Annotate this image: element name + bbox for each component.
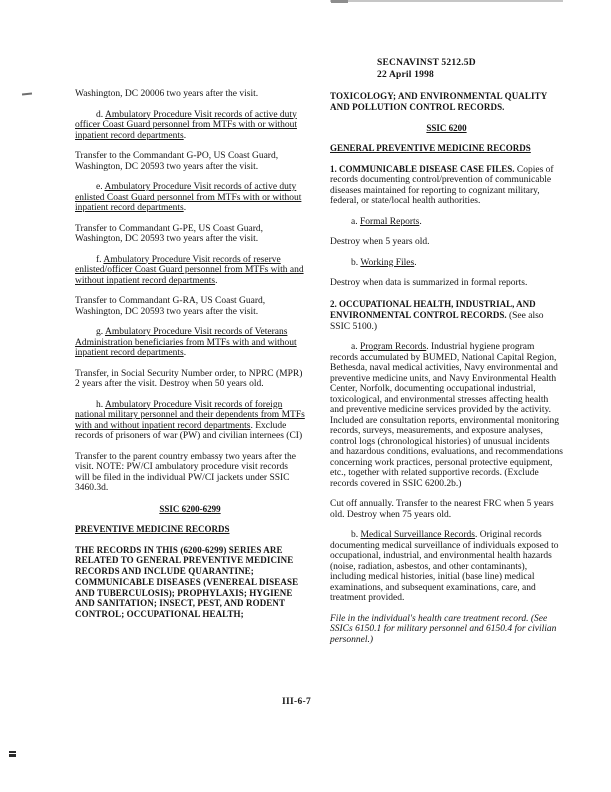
scan-artifact-top-dash	[331, 0, 348, 3]
series-description-paragraph: THE RECORDS IN THIS (6200-6299) SERIES A…	[75, 545, 305, 621]
disposition-instruction: Transfer, in Social Security Number orde…	[75, 369, 305, 390]
item-letter: f.	[96, 255, 102, 265]
section-heading-ssic-6200: SSIC 6200	[330, 123, 563, 134]
item-suffix: .	[184, 203, 186, 213]
item-suffix: .	[215, 276, 217, 286]
list-item-f: f. Ambulatory Procedure Visit records of…	[75, 255, 305, 287]
item-letter: b.	[351, 530, 358, 540]
list-item-d: d. Ambulatory Procedure Visit records of…	[75, 110, 305, 142]
document-page: SECNAVINST 5212.5D 22 April 1998 Washing…	[0, 0, 611, 792]
disposition-instruction: Destroy when 5 years old.	[330, 237, 563, 248]
sub-item-b: b. Working Files.	[330, 258, 563, 269]
item-body: . Industrial hygiene program records acc…	[330, 342, 563, 489]
numbered-item-2: 2. OCCUPATIONAL HEALTH, INDUSTRIAL, AND …	[330, 299, 563, 333]
scan-artifact-left-dash	[22, 92, 32, 95]
disposition-instruction: Transfer to Commandant G-RA, US Coast Gu…	[75, 296, 305, 317]
item-title: Ambulatory Procedure Visit records of ac…	[75, 182, 301, 213]
disposition-continuation: Washington, DC 20006 two years after the…	[75, 89, 305, 100]
item-letter: g.	[96, 327, 103, 337]
scan-artifact-top-line	[330, 0, 563, 2]
item-heading: 1. COMMUNICABLE DISEASE CASE FILES.	[330, 164, 515, 174]
sub-item-b-medical-surveillance: b. Medical Surveillance Records. Origina…	[330, 530, 563, 604]
disposition-instruction: Transfer to the parent country embassy t…	[75, 452, 305, 494]
list-item-g: g. Ambulatory Procedure Visit records of…	[75, 327, 305, 359]
scan-artifact-bottom-speck	[9, 751, 16, 757]
item-letter: e.	[96, 182, 103, 192]
item-suffix: .	[184, 348, 186, 358]
left-column: Washington, DC 20006 two years after the…	[75, 89, 305, 630]
section-heading-preventive-medicine-records: PREVENTIVE MEDICINE RECORDS	[75, 524, 305, 535]
disposition-instruction-filing-note: File in the individual's health care tre…	[330, 614, 563, 646]
item-title: Program Records	[360, 342, 426, 352]
item-title: Working Files	[360, 258, 414, 268]
list-item-e: e. Ambulatory Procedure Visit records of…	[75, 182, 305, 214]
series-description-continuation: TOXICOLOGY; AND ENVIRONMENTAL QUALITY AN…	[330, 91, 563, 113]
disposition-instruction: Transfer to Commandant G-PE, US Coast Gu…	[75, 224, 305, 245]
document-header: SECNAVINST 5212.5D 22 April 1998	[377, 57, 476, 81]
header-date: 22 April 1998	[377, 69, 476, 81]
item-title: Medical Surveillance Records	[361, 530, 476, 540]
item-title: Formal Reports	[360, 217, 419, 227]
numbered-item-1: 1. COMMUNICABLE DISEASE CASE FILES. Copi…	[330, 164, 563, 207]
sub-item-a-program-records: a. Program Records. Industrial hygiene p…	[330, 342, 563, 489]
disposition-instruction: Cut off annually. Transfer to the neares…	[330, 499, 563, 520]
item-title: Ambulatory Procedure Visit records of re…	[75, 255, 304, 286]
item-heading: 2. OCCUPATIONAL HEALTH, INDUSTRIAL, AND …	[330, 299, 536, 321]
sub-item-a: a. Formal Reports.	[330, 217, 563, 228]
disposition-instruction: Transfer to the Commandant G-PO, US Coas…	[75, 151, 305, 172]
item-letter: h.	[96, 400, 103, 410]
page-number: III-6-7	[282, 697, 311, 707]
list-item-h: h. Ambulatory Procedure Visit records of…	[75, 400, 305, 442]
item-suffix: .	[184, 131, 186, 141]
section-heading-ssic-6200-6299: SSIC 6200-6299	[75, 504, 305, 515]
disposition-instruction: Destroy when data is summarized in forma…	[330, 278, 563, 289]
item-suffix: .	[419, 217, 421, 227]
header-doc-id: SECNAVINST 5212.5D	[377, 57, 476, 69]
section-heading-general-preventive-medicine: GENERAL PREVENTIVE MEDICINE RECORDS	[330, 143, 563, 154]
item-letter: a.	[351, 217, 358, 227]
item-letter: d.	[96, 110, 103, 120]
item-suffix: .	[414, 258, 416, 268]
item-letter: a.	[351, 342, 358, 352]
item-letter: b.	[351, 258, 358, 268]
right-column: TOXICOLOGY; AND ENVIRONMENTAL QUALITY AN…	[330, 91, 563, 655]
item-body: . Original records documenting medical s…	[330, 530, 558, 603]
